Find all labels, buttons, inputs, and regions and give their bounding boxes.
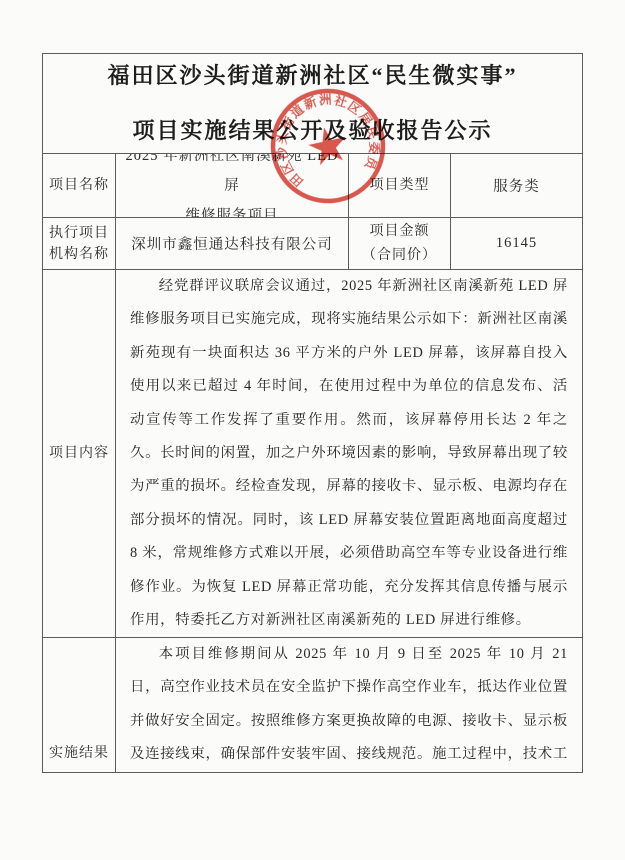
project-type-label: 项目类型 [349,154,451,218]
amount-label-line1: 项目金额 [370,220,430,244]
agency-label-line2: 机构名称 [49,244,109,265]
project-name-value: 2025 年新洲社区南溪新苑 LED 屏 维修服务项目 [116,154,349,218]
content-label: 项目内容 [43,270,116,638]
document-title: 福田区沙头街道新洲社区“民生微实事” 项目实施结果公开及验收报告公示 [43,54,582,154]
result-label: 实施结果 [43,638,116,772]
title-line-1: 福田区沙头街道新洲社区“民生微实事” [107,59,517,90]
scanned-document-page: { "document": { "title_line1": "福田区沙头街道新… [0,0,625,860]
result-paragraph: 本项目维修期间从 2025 年 10 月 9 日至 2025 年 10 月 21… [130,638,568,772]
project-name-value-line1: 2025 年新洲社区南溪新苑 LED 屏 [116,154,348,201]
project-name-label: 项目名称 [43,154,116,218]
announcement-table: 福田区沙头街道新洲社区“民生微实事” 项目实施结果公开及验收报告公示 项目名称 … [42,53,583,773]
amount-label: 项目金额 （合同价） [349,218,451,270]
agency-value: 深圳市鑫恒通达科技有限公司 [116,218,349,270]
project-type-value: 服务类 [451,154,582,218]
title-line-2: 项目实施结果公开及验收报告公示 [132,114,492,145]
agency-label: 执行项目 机构名称 [43,218,116,270]
result-cell: 本项目维修期间从 2025 年 10 月 9 日至 2025 年 10 月 21… [116,638,582,772]
agency-label-line1: 执行项目 [49,223,109,244]
amount-value: 16145 [451,218,582,270]
content-cell: 经党群评议联席会议通过，2025 年新洲社区南溪新苑 LED 屏维修服务项目已实… [116,270,582,638]
amount-label-line2: （合同价） [362,244,437,268]
content-paragraph: 经党群评议联席会议通过，2025 年新洲社区南溪新苑 LED 屏维修服务项目已实… [130,270,568,637]
project-name-value-line2: 维修服务项目 [186,201,279,219]
